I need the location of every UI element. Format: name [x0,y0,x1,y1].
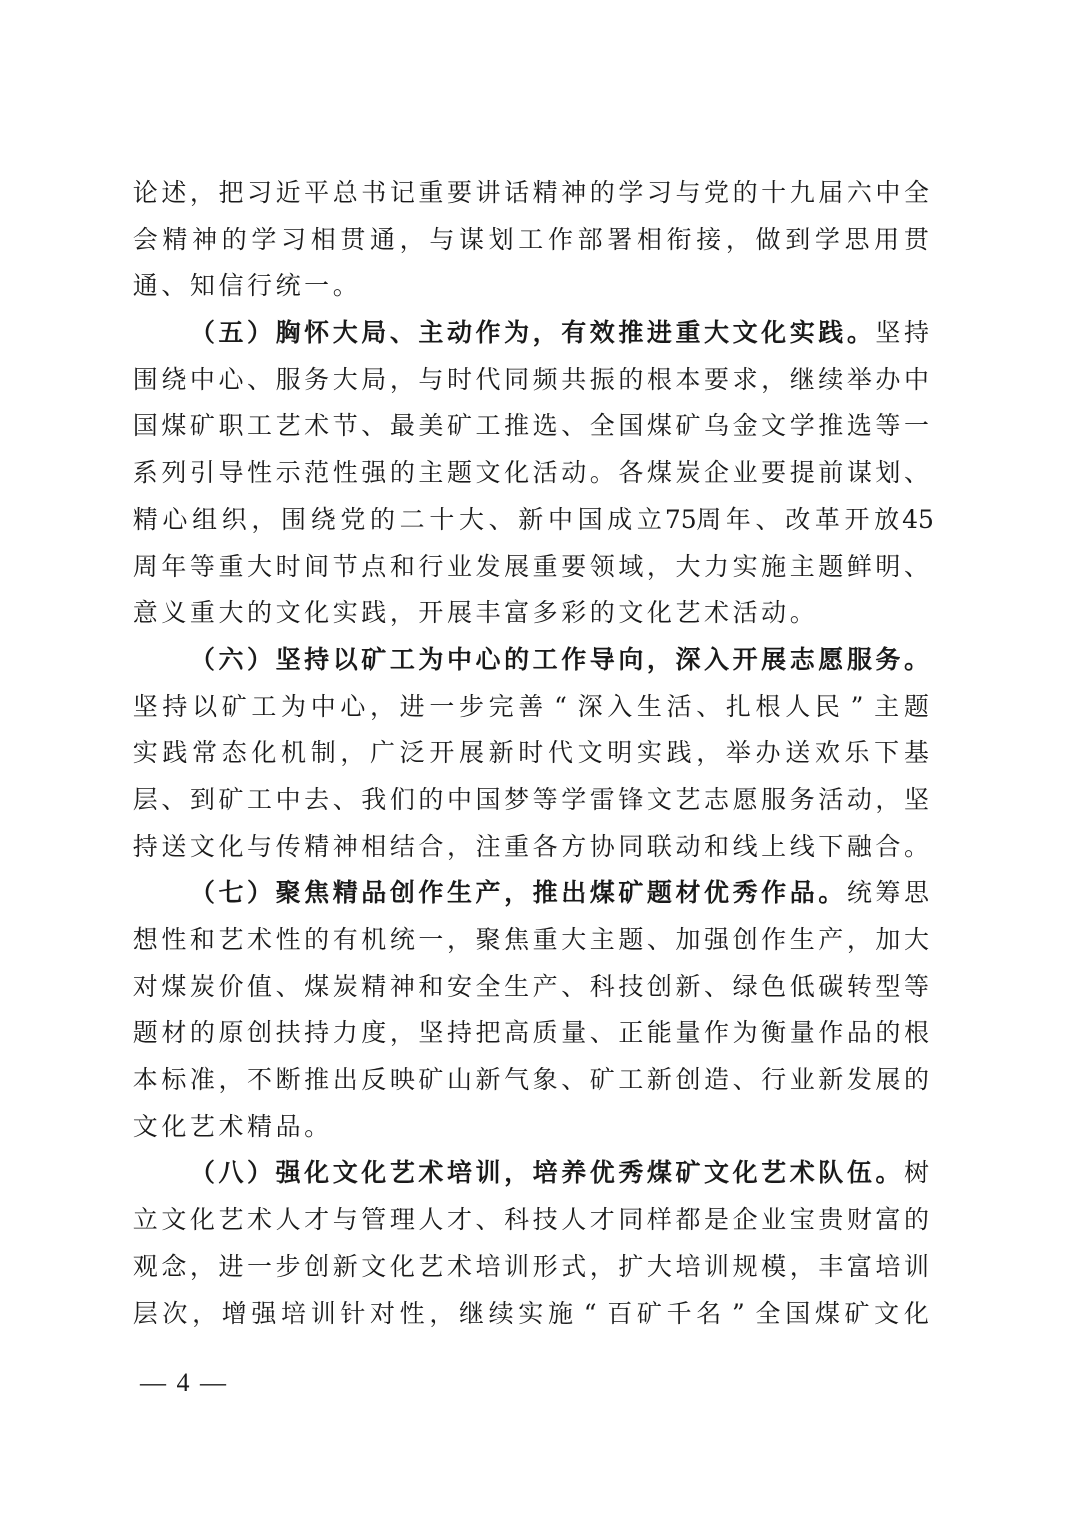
glyph: 乐 [843,730,872,777]
glyph: 服 [845,637,874,684]
glyph: 围 [279,497,308,544]
glyph: 一 [302,263,331,310]
glyph: 办 [754,730,783,777]
glyph: 实 [131,730,160,777]
glyph: 送 [783,730,812,777]
glyph: 、 [754,497,783,544]
glyph: 实 [331,590,360,637]
glyph: 怀 [302,310,331,357]
glyph: ， [188,170,217,217]
glyph: 多 [531,590,560,637]
glyph: 力 [331,1010,360,1057]
glyph: 知 [188,263,217,310]
glyph: 根 [754,684,783,731]
glyph: 二 [398,497,427,544]
text-line: 意义重大的文化实践，开展丰富多彩的文化艺术活动。 [131,590,931,637]
glyph: 题 [131,1010,160,1057]
glyph: 学 [788,403,817,450]
glyph: 想 [131,917,160,964]
glyph: ” [724,1291,753,1338]
glyph: 材 [674,870,703,917]
glyph: 品 [788,870,817,917]
glyph: 局 [360,310,389,357]
glyph: 秀 [617,1150,646,1197]
glyph: 意 [131,590,160,637]
indent-space [131,870,160,917]
glyph: 、 [388,310,417,357]
glyph: 强 [360,450,389,497]
glyph: 精 [161,217,190,264]
glyph: 煤 [645,403,674,450]
glyph: ， [398,217,427,264]
glyph: 推 [617,310,646,357]
glyph: （ [188,870,217,917]
glyph: ， [874,777,903,824]
glyph: 志 [788,637,817,684]
glyph: 中 [309,684,338,731]
glyph: ， [250,497,279,544]
glyph: ， [188,1244,217,1291]
glyph: 艺 [759,1150,788,1197]
glyph: 锋 [617,777,646,824]
glyph: 扩 [617,1244,646,1291]
glyph: ） [245,310,274,357]
glyph: 义 [160,590,189,637]
glyph: 煤 [160,964,189,1011]
glyph: 质 [531,1010,560,1057]
glyph: 。 [902,637,931,684]
glyph: 一 [902,403,931,450]
glyph: 思 [902,870,931,917]
glyph: 。 [817,870,846,917]
glyph: 伍 [845,1150,874,1197]
glyph: 、 [702,964,731,1011]
glyph: 大 [902,917,931,964]
glyph: 态 [220,730,249,777]
glyph: 完 [487,684,516,731]
glyph: 化 [759,310,788,357]
glyph: 色 [759,964,788,1011]
glyph: 优 [588,1150,617,1197]
glyph: 是 [702,1197,731,1244]
glyph: 选 [531,403,560,450]
glyph: 化 [217,824,246,871]
glyph: 和 [417,964,446,1011]
glyph: 准 [188,1057,217,1104]
glyph: 胸 [274,310,303,357]
glyph: 绕 [309,497,338,544]
glyph: 品 [845,1010,874,1057]
glyph: ， [217,1057,246,1104]
glyph: 到 [188,777,217,824]
glyph: 心 [161,497,190,544]
glyph: 矿 [188,403,217,450]
glyph: 们 [388,777,417,824]
glyph: 扶 [274,1010,303,1057]
glyph: 中 [546,497,575,544]
glyph: 动 [759,590,788,637]
text-line: 立文化艺术人才与管理人才、科技人才同样都是企业宝贵财富的 [131,1197,931,1244]
glyph: 大 [559,917,588,964]
glyph: 务 [788,777,817,824]
glyph: 文 [617,590,646,637]
glyph: 的 [245,590,274,637]
glyph: 坚 [131,684,160,731]
glyph: 展 [457,730,486,777]
text-line: 文化艺术精品。 [131,1104,931,1151]
glyph: 品 [274,1104,303,1151]
glyph: 强 [250,1291,279,1338]
glyph: 作 [759,870,788,917]
glyph: 活 [731,590,760,637]
text-line: 层、到矿工中去、我们的中国梦等学雷锋文艺志愿服务活动，坚 [131,777,931,824]
glyph: 文 [576,730,605,777]
glyph: 工 [531,637,560,684]
glyph: 七 [217,870,246,917]
glyph: 工 [617,1057,646,1104]
glyph: 贵 [817,1197,846,1244]
glyph: 继 [788,357,817,404]
glyph: 生 [788,917,817,964]
glyph: ， [190,1291,219,1338]
text-line: 想性和艺术性的有机统一，聚焦重大主题、加强创作生产，加大 [131,917,931,964]
glyph: 科 [588,964,617,1011]
glyph: ， [388,357,417,404]
glyph: 发 [845,1057,874,1104]
glyph: 代 [546,730,575,777]
glyph: 出 [559,870,588,917]
glyph: 术 [702,590,731,637]
glyph: ， [368,684,397,731]
glyph: 机 [360,917,389,964]
glyph: 、 [731,1057,760,1104]
glyph: 题 [617,917,646,964]
glyph: 才 [445,1197,474,1244]
glyph: 与 [331,1197,360,1244]
glyph: 新 [474,1057,503,1104]
glyph: 气 [502,1057,531,1104]
glyph: 持 [445,1010,474,1057]
glyph: ， [724,217,753,264]
glyph: 题 [445,450,474,497]
glyph: 范 [302,450,331,497]
glyph: 为 [731,1010,760,1057]
glyph: 产 [817,917,846,964]
glyph: 职 [217,403,246,450]
glyph: 统 [274,263,303,310]
glyph: 次 [161,1291,190,1338]
glyph: 原 [217,1010,246,1057]
glyph: 业 [731,450,760,497]
glyph: 工 [250,684,279,731]
glyph: 以 [190,684,219,731]
glyph: 国 [617,403,646,450]
glyph: 新 [487,730,516,777]
glyph: 文 [872,1291,901,1338]
glyph: 艺 [217,1197,246,1244]
glyph: 映 [388,1057,417,1104]
glyph: 训 [502,1244,531,1291]
glyph: 国 [576,497,605,544]
glyph: 富 [502,590,531,637]
glyph: 全 [474,964,503,1011]
glyph: ） [245,637,274,684]
glyph: 创 [302,1244,331,1291]
glyph: 上 [759,824,788,871]
glyph: 价 [217,964,246,1011]
glyph: 样 [645,1197,674,1244]
section-heading-line: （六）坚持以矿工为中心的工作导向，深入开展志愿服务。 [131,637,931,684]
glyph: 进 [398,684,427,731]
document-body: 论述，把习近平总书记重要讲话精神的学习与党的十九届六中全 会精神的学习相贯通，与… [131,170,931,1337]
glyph: 展 [759,637,788,684]
glyph: 线 [731,824,760,871]
glyph: 近 [274,170,303,217]
glyph: “ [546,684,575,731]
glyph: 术 [445,1244,474,1291]
glyph: 反 [360,1057,389,1104]
glyph: 坚 [417,1010,446,1057]
glyph: 训 [702,1244,731,1291]
glyph: 年 [160,544,189,591]
glyph: 求 [731,357,760,404]
glyph: 心 [339,684,368,731]
glyph: ， [502,1150,531,1197]
glyph: 国 [131,403,160,450]
glyph: 本 [131,1057,160,1104]
glyph: 立 [635,497,664,544]
glyph: 煤 [813,1291,842,1338]
glyph: 大 [331,357,360,404]
glyph: 大 [674,544,703,591]
glyph: 统 [388,917,417,964]
glyph: 新 [674,964,703,1011]
glyph: 文 [759,403,788,450]
text-line: 实践常态化机制，广泛开展新时代文明实践，举办送欢乐下基 [131,730,931,777]
glyph: 开 [428,730,457,777]
glyph: 题 [902,684,931,731]
glyph: 丰 [474,590,503,637]
glyph: 精 [531,170,560,217]
glyph: 、 [559,403,588,450]
glyph: 富 [874,1197,903,1244]
text-line: 国煤矿职工艺术节、最美矿工推选、全国煤矿乌金文学推选等一 [131,403,931,450]
glyph: 节 [331,544,360,591]
glyph: 神 [190,217,219,264]
glyph: 煤 [588,870,617,917]
glyph: 成 [606,497,635,544]
glyph: 针 [339,1291,368,1338]
glyph: 和 [702,824,731,871]
glyph: 坚 [874,310,903,357]
glyph: 行 [759,1057,788,1104]
glyph: 传 [274,824,303,871]
glyph: 开 [417,590,446,637]
glyph: 优 [702,870,731,917]
indent-space [131,1150,160,1197]
glyph: 培 [674,1244,703,1291]
glyph: 不 [245,1057,274,1104]
glyph: 的 [902,1197,931,1244]
glyph: 人 [783,684,812,731]
glyph: 全 [754,1291,783,1338]
glyph: 百 [606,1291,635,1338]
glyph: 矿 [417,1057,446,1104]
glyph: 艺 [188,1104,217,1151]
glyph: 与 [428,217,457,264]
glyph: 重 [417,170,446,217]
glyph: 艺 [388,1150,417,1197]
glyph: 持 [302,637,331,684]
glyph: 系 [131,450,160,497]
glyph: 术 [245,917,274,964]
glyph: 革 [813,497,842,544]
glyph: 相 [309,217,338,264]
text-line: 层次，增强培训针对性，继续实施“百矿千名”全国煤矿文化 [131,1291,931,1338]
glyph: 统 [845,870,874,917]
glyph: 矿 [843,1291,872,1338]
glyph: 式 [559,1244,588,1291]
glyph: 续 [817,357,846,404]
glyph: 强 [702,917,731,964]
glyph: 提 [788,450,817,497]
glyph: 作 [474,310,503,357]
glyph: 艺 [674,777,703,824]
glyph: 方 [559,824,588,871]
glyph: 开 [843,497,872,544]
glyph: 化 [360,1150,389,1197]
glyph: 举 [724,730,753,777]
glyph: 工 [517,217,546,264]
indent-space [160,310,189,357]
glyph: 入 [702,637,731,684]
glyph: 队 [817,1150,846,1197]
glyph: ， [502,870,531,917]
glyph: 进 [217,1244,246,1291]
glyph: ， [388,590,417,637]
glyph: 量 [559,1010,588,1057]
glyph: 联 [645,824,674,871]
glyph: 重 [188,590,217,637]
glyph: 75 [665,497,694,544]
glyph: 作 [417,870,446,917]
glyph: 观 [131,1244,160,1291]
glyph: 举 [845,357,874,404]
glyph: 六 [217,637,246,684]
glyph: 点 [360,544,389,591]
glyph: 活 [665,684,694,731]
glyph: 深 [576,684,605,731]
glyph: 作 [546,217,575,264]
glyph: ， [339,730,368,777]
glyph: 进 [645,310,674,357]
glyph: 要 [559,544,588,591]
glyph: 量 [788,1010,817,1057]
glyph: 中 [902,357,931,404]
glyph: 民 [813,684,842,731]
glyph: 同 [617,824,646,871]
glyph: 送 [160,824,189,871]
glyph: 性 [160,917,189,964]
glyph: 同 [502,357,531,404]
text-line: 对煤炭价值、煤炭精神和安全生产、科技创新、绿色低碳转型等 [131,964,931,1011]
section-heading-line: （七）聚焦精品创作生产，推出煤矿题材优秀作品。统筹思 [131,870,931,917]
glyph: 雷 [588,777,617,824]
glyph: 践 [665,730,694,777]
glyph: ， [759,357,788,404]
glyph: 全 [588,403,617,450]
glyph: 炭 [188,964,217,1011]
glyph: 愿 [731,777,760,824]
glyph: 下 [817,824,846,871]
glyph: 志 [702,777,731,824]
glyph: 作 [759,917,788,964]
glyph: 性 [398,1291,427,1338]
glyph: 把 [217,170,246,217]
glyph: 化 [250,730,279,777]
glyph: 培 [531,1150,560,1197]
glyph: 中 [874,170,903,217]
glyph: 协 [588,824,617,871]
glyph: 书 [360,170,389,217]
glyph: 艺 [417,1244,446,1291]
glyph: 重 [531,917,560,964]
glyph: 展 [502,544,531,591]
glyph: 主 [417,310,446,357]
glyph: 培 [474,1244,503,1291]
glyph: 矿 [445,403,474,450]
glyph: ， [845,917,874,964]
glyph: 创 [245,1010,274,1057]
glyph: 和 [388,544,417,591]
glyph: 立 [131,1197,160,1244]
glyph: 五 [217,310,246,357]
text-line: 通、知信行统一。 [131,263,931,310]
glyph: 聚 [274,870,303,917]
glyph: 、 [160,263,189,310]
glyph: 实 [635,730,664,777]
glyph: 等 [531,777,560,824]
glyph: 选 [845,403,874,450]
glyph: 创 [645,964,674,1011]
glyph: 机 [279,730,308,777]
glyph: 把 [474,1010,503,1057]
glyph: 泛 [398,730,427,777]
glyph: 加 [674,917,703,964]
glyph: 品 [360,870,389,917]
glyph: 习 [279,217,308,264]
glyph: 文 [731,310,760,357]
glyph: 效 [588,310,617,357]
glyph: 培 [279,1291,308,1338]
glyph: 、 [694,684,723,731]
glyph: 的 [502,637,531,684]
glyph: 周 [131,544,160,591]
glyph: 重 [674,310,703,357]
glyph: 做 [754,217,783,264]
glyph: 前 [817,450,846,497]
glyph: 焦 [302,870,331,917]
glyph: 大 [245,544,274,591]
glyph: 、 [902,450,931,497]
glyph: 等 [188,544,217,591]
glyph: 要 [445,170,474,217]
glyph: 技 [531,1197,560,1244]
glyph: 高 [502,1010,531,1057]
glyph: 行 [245,263,274,310]
glyph: 矿 [635,1291,664,1338]
glyph: 施 [546,1291,575,1338]
